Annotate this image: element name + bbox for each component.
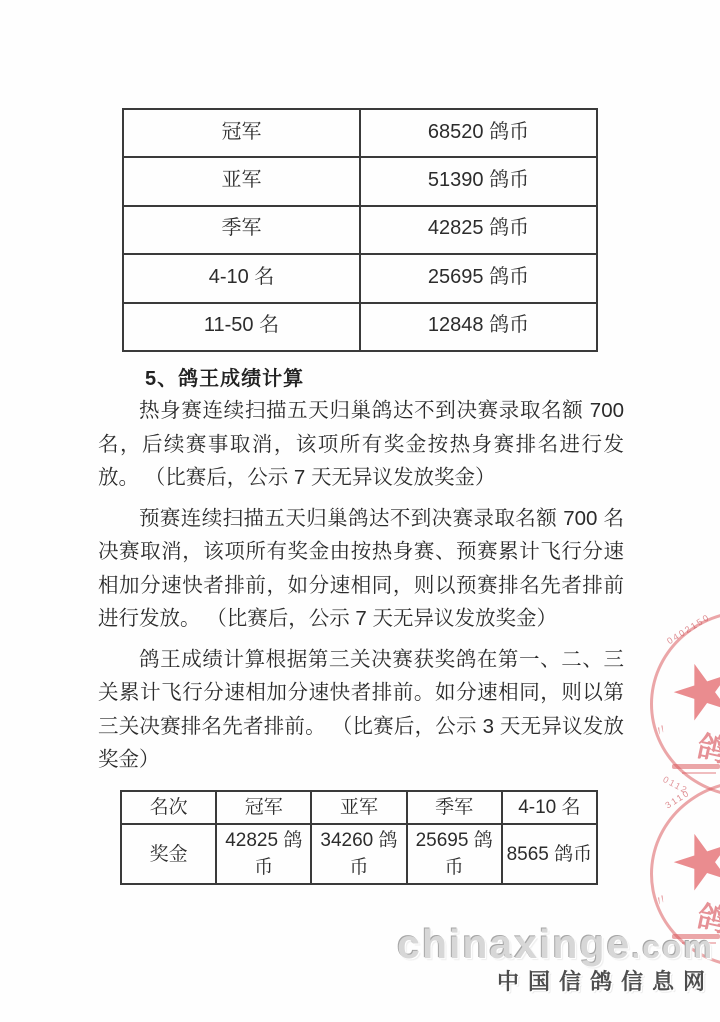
king-value-cell: 42825 鸽币 (216, 824, 311, 884)
king-header-cell: 4-10 名 (502, 791, 597, 824)
table-row: 冠军 68520 鸽币 (123, 109, 597, 157)
watermark-site-tld: .com (631, 929, 714, 965)
seal-underline (672, 764, 720, 769)
watermark-site-url: chinaxinge.com (397, 924, 714, 965)
table-row: 季军 42825 鸽币 (123, 206, 597, 254)
body-paragraph: 热身赛连续扫描五天归巢鸽达不到决赛录取名额 700 名，后续赛事取消，该项所有奖… (98, 394, 624, 495)
king-value-cell: 25695 鸽币 (407, 824, 502, 884)
red-seal-stamp: 0402150 ★ 〃 鸽 0112 (642, 608, 720, 796)
prize-rank-cell: 季军 (123, 206, 360, 254)
table-row: 11-50 名 12848 鸽币 (123, 303, 597, 351)
prize-amount-cell: 51390 鸽币 (360, 157, 597, 205)
seal-arc-text: 0112 (661, 774, 690, 796)
watermark-site-cn: 中国信鸽信息网 (397, 971, 714, 993)
seal-underline (682, 772, 716, 774)
prize-amount-cell: 12848 鸽币 (360, 303, 597, 351)
prize-rank-cell: 11-50 名 (123, 303, 360, 351)
site-watermark: chinaxinge.com 中国信鸽信息网 (397, 924, 714, 993)
table-row: 名次 冠军 亚军 季军 4-10 名 (121, 791, 597, 824)
seal-arc-text: 3110 (663, 788, 692, 811)
star-icon: ★ (660, 646, 720, 737)
watermark-site-name: chinaxinge (397, 921, 631, 967)
table-row: 奖金 42825 鸽币 34260 鸽币 25695 鸽币 8565 鸽币 (121, 824, 597, 884)
king-header-cell: 名次 (121, 791, 216, 824)
prize-amount-cell: 68520 鸽币 (360, 109, 597, 157)
section-heading: 5、鸽王成绩计算 (145, 362, 304, 391)
prize-rank-cell: 冠军 (123, 109, 360, 157)
body-paragraph: 预赛连续扫描五天归巢鸽达不到决赛录取名额 700 名决赛取消，该项所有奖金由按热… (98, 502, 624, 636)
king-header-cell: 亚军 (311, 791, 406, 824)
seal-character: 鸽 (694, 721, 720, 770)
king-rowlabel-cell: 奖金 (121, 824, 216, 884)
body-paragraph: 鸽王成绩计算根据第三关决赛获奖鸽在第一、二、三关累计飞行分速相加分速快者排前。如… (98, 643, 624, 777)
seal-ring (650, 610, 720, 798)
seal-arc-text: 0402150 (665, 612, 712, 646)
scanned-document-page: 冠军 68520 鸽币 亚军 51390 鸽币 季军 42825 鸽币 4-10… (0, 0, 720, 1022)
king-value-cell: 8565 鸽币 (502, 824, 597, 884)
king-header-cell: 冠军 (216, 791, 311, 824)
prize-rank-cell: 4-10 名 (123, 254, 360, 302)
prize-table: 冠军 68520 鸽币 亚军 51390 鸽币 季军 42825 鸽币 4-10… (122, 108, 598, 352)
king-prize-table: 名次 冠军 亚军 季军 4-10 名 奖金 42825 鸽币 34260 鸽币 … (120, 790, 598, 885)
seal-mark: 〃 (650, 888, 672, 912)
star-icon: ★ (660, 816, 720, 907)
table-row: 亚军 51390 鸽币 (123, 157, 597, 205)
prize-amount-cell: 42825 鸽币 (360, 206, 597, 254)
prize-rank-cell: 亚军 (123, 157, 360, 205)
king-header-cell: 季军 (407, 791, 502, 824)
seal-mark: 〃 (650, 718, 672, 742)
king-value-cell: 34260 鸽币 (311, 824, 406, 884)
prize-amount-cell: 25695 鸽币 (360, 254, 597, 302)
table-row: 4-10 名 25695 鸽币 (123, 254, 597, 302)
body-text-block: 热身赛连续扫描五天归巢鸽达不到决赛录取名额 700 名，后续赛事取消，该项所有奖… (98, 394, 624, 784)
